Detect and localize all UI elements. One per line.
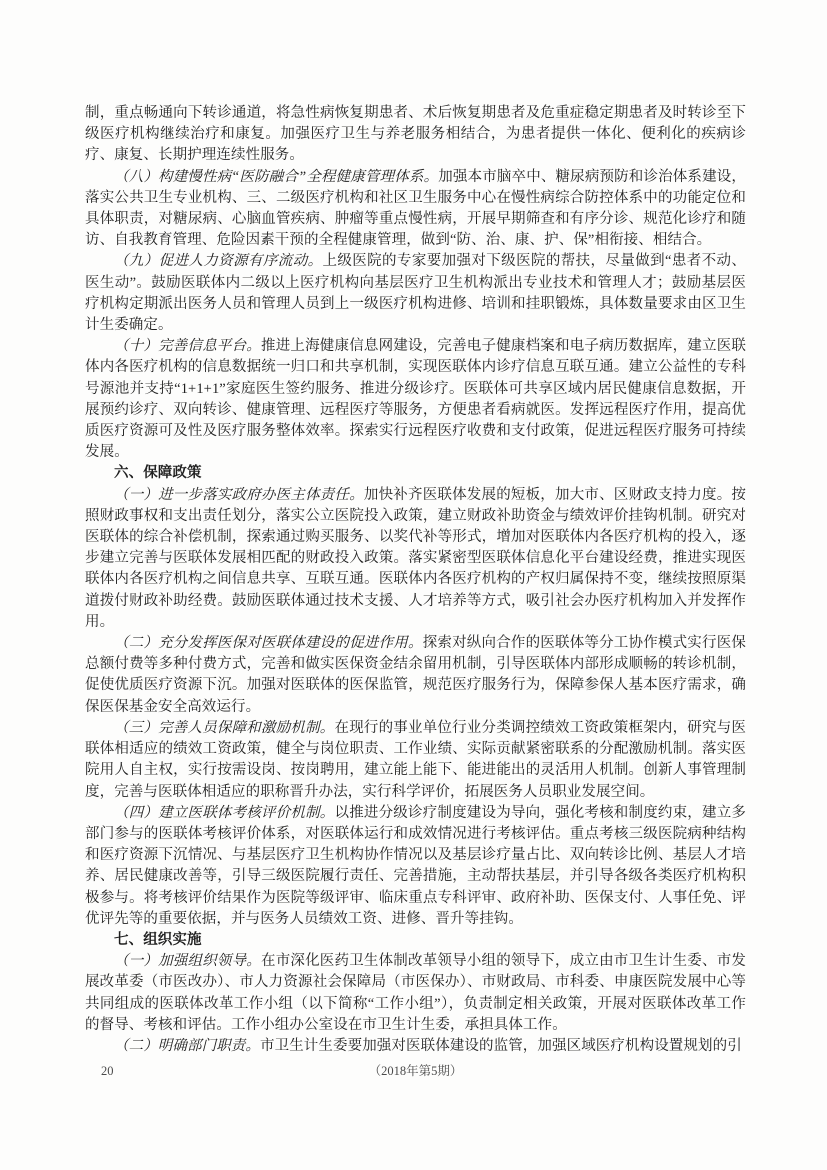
paragraph: （二）明确部门职责。市卫生计生委要加强对医联体建设的监管，加强区域医疗机构设置规… <box>85 1036 746 1057</box>
issue-label: （2018年第5期） <box>369 1064 463 1078</box>
paragraph-text: 推进上海健康信息网建设，完善电子健康档案和电子病历数据库，建立医联体内各医疗机构… <box>85 338 746 460</box>
paragraph-lead: （二）明确部门职责。 <box>114 1038 260 1054</box>
paragraph: 制，重点畅通向下转诊通道，将急性病恢复期患者、术后恢复期患者及危重症稳定期患者及… <box>85 103 746 167</box>
paragraph-lead: （一）进一步落实政府办医主体责任。 <box>114 487 364 503</box>
paragraph-text: 市卫生计生委要加强对医联体建设的监管，加强区域医疗机构设置规划的引 <box>260 1038 742 1054</box>
paragraph: （四）建立医联体考核评价机制。以推进分级诊疗制度建设为导向，强化考核和制度约束，… <box>85 803 746 930</box>
paragraph: （三）完善人员保障和激励机制。在现行的事业单位行业分类调控绩效工资政策框架内，研… <box>85 718 746 803</box>
paragraph-text: 制，重点畅通向下转诊通道，将急性病恢复期患者、术后恢复期患者及危重症稳定期患者及… <box>85 105 746 163</box>
paragraph-lead: （十）完善信息平台。 <box>114 338 261 354</box>
paragraph: （二）充分发挥医保对医联体建设的促进作用。探索对纵向合作的医联体等分工协作模式实… <box>85 633 746 718</box>
paragraph-text: 以推进分级诊疗制度建设为导向，强化考核和制度约束，建立多部门参与的医联体考核评价… <box>85 805 746 927</box>
paragraph-text: 加快补齐医联体发展的短板，加大市、区财政支持力度。按照财政事权和支出责任划分，落… <box>85 487 746 630</box>
page-footer: 20 （2018年第5期） <box>85 1062 746 1080</box>
document-page: 制，重点畅通向下转诊通道，将急性病恢复期患者、术后恢复期患者及危重症稳定期患者及… <box>0 0 827 1170</box>
section-heading: 六、保障政策 <box>85 463 746 484</box>
paragraph: （一）进一步落实政府办医主体责任。加快补齐医联体发展的短板，加大市、区财政支持力… <box>85 485 746 633</box>
document-body: 制，重点畅通向下转诊通道，将急性病恢复期患者、术后恢复期患者及危重症稳定期患者及… <box>85 103 746 1057</box>
paragraph-lead: （八）构建慢性病“医防融合”全程健康管理体系。 <box>114 169 438 185</box>
paragraph-lead: （二）充分发挥医保对医联体建设的促进作用。 <box>114 635 423 651</box>
section-heading-text: 七、组织实施 <box>114 932 202 948</box>
paragraph-lead: （九）促进人力资源有序流动。 <box>114 253 322 269</box>
page-number: 20 <box>101 1062 114 1080</box>
paragraph: （九）促进人力资源有序流动。上级医院的专家要加强对下级医院的帮扶，尽量做到“患者… <box>85 251 746 336</box>
paragraph-lead: （一）加强组织领导。 <box>114 953 261 969</box>
paragraph: （一）加强组织领导。在市深化医药卫生体制改革领导小组的领导下，成立由市卫生计生委… <box>85 951 746 1036</box>
section-heading-text: 六、保障政策 <box>114 465 202 481</box>
paragraph-lead: （四）建立医联体考核评价机制。 <box>114 805 335 821</box>
section-heading: 七、组织实施 <box>85 930 746 951</box>
paragraph: （八）构建慢性病“医防融合”全程健康管理体系。加强本市脑卒中、糖尿病预防和诊治体… <box>85 167 746 252</box>
paragraph-lead: （三）完善人员保障和激励机制。 <box>114 720 335 736</box>
paragraph: （十）完善信息平台。推进上海健康信息网建设，完善电子健康档案和电子病历数据库，建… <box>85 336 746 463</box>
